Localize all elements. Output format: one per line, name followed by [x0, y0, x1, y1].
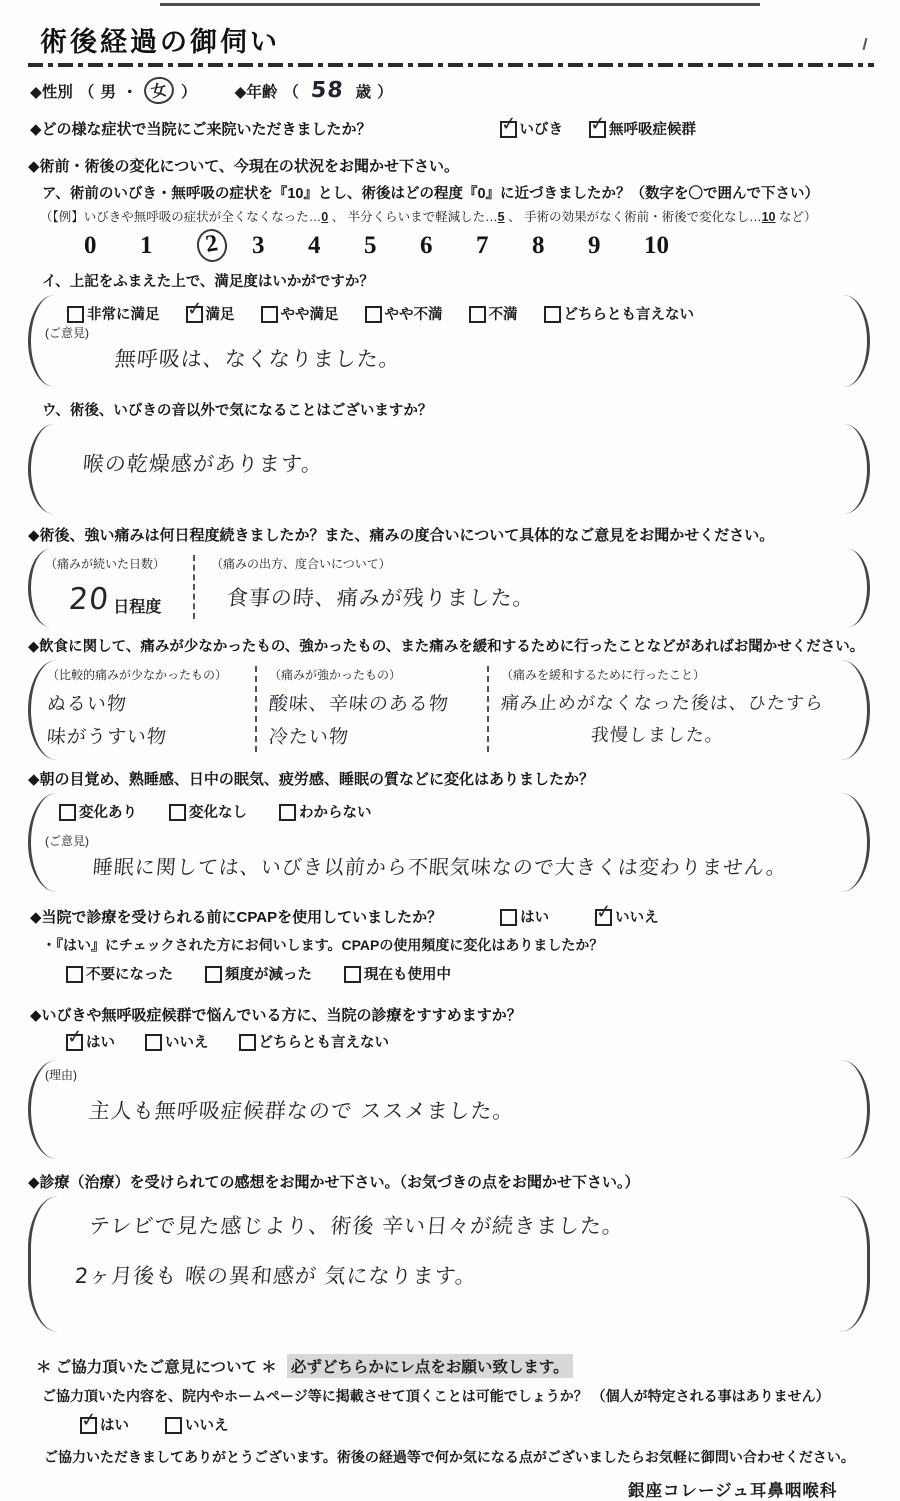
food-answer-handwritten: 酸味、辛味のある物: [268, 689, 478, 716]
questionnaire-page: 術後経過の御伺い ◆性別 （ 男 ・ 女 ） ◆年齢 （ 58 歳 ） ◆どの様…: [0, 0, 900, 1501]
checkbox-label: はい: [520, 906, 549, 927]
scale-9[interactable]: 9: [588, 232, 644, 260]
checkbox-label: はい: [100, 1414, 129, 1435]
checkbox-icon: [500, 121, 517, 138]
sleep-opinion-label: (ご意見): [45, 832, 847, 849]
checkbox-label: 不要になった: [86, 963, 173, 984]
example-text: 、 手術の効果がなく術前・術後で変化なし…: [505, 210, 762, 224]
food-col-less-pain: （比較的痛みが少なかったもの） ぬるい物 味がうすい物: [45, 666, 255, 752]
checkbox-icon: [469, 306, 486, 323]
food-col-label: （痛みが強かったもの）: [269, 666, 477, 683]
checkbox-label: 非常に満足: [87, 303, 160, 324]
checkbox-label: やや不満: [385, 303, 443, 324]
question-c: ウ、術後、いびきの音以外で気になることはございますか？: [42, 399, 874, 420]
sleep-heading: ◆朝の目覚め、熟睡感、日中の眠気、疲労感、睡眠の質などに変化はありましたか？: [28, 768, 874, 789]
checkbox-cpap-yes[interactable]: はい: [500, 906, 549, 927]
checkbox-somewhat-satisfied[interactable]: やや満足: [261, 303, 339, 324]
sex-label: ◆性別: [30, 80, 73, 102]
food-answer-handwritten: ぬるい物: [46, 689, 246, 716]
checkbox-icon: [59, 804, 76, 821]
scale-2-selected[interactable]: 2: [196, 229, 252, 262]
scale-5[interactable]: 5: [364, 232, 420, 260]
checkbox-label: 変化あり: [79, 801, 137, 822]
opinion-handwritten: 無呼吸は、なくなりました。: [114, 343, 403, 373]
symptom-row: ◆どの様な症状で当院にご来院いただきましたか？ いびき 無呼吸症候群: [30, 118, 874, 139]
reason-label: (理由): [45, 1066, 847, 1083]
symptom-question: ◆どの様な症状で当院にご来院いただきましたか？: [30, 118, 372, 139]
scale-6[interactable]: 6: [420, 232, 476, 260]
food-col-label: （比較的痛みが少なかったもの）: [47, 666, 245, 683]
selected-circle: 2: [195, 227, 230, 264]
pain-days-column: （痛みが続いた日数） 20 日程度: [45, 555, 193, 619]
checkbox-label: 不満: [489, 303, 518, 324]
age-paren-close: ）: [377, 80, 393, 102]
checkbox-label: どちらとも言えない: [259, 1031, 390, 1052]
checkbox-icon: [205, 966, 222, 983]
pain-box: （痛みが続いた日数） 20 日程度 （痛みの出方、度合いについて） 食事の時、痛…: [28, 549, 870, 627]
example-num-5: 5: [498, 210, 505, 224]
checkbox-apnea[interactable]: 無呼吸症候群: [589, 118, 696, 139]
cpap-question: ◆当院で診療を受けられる前にCPAPを使用していましたか？: [30, 906, 442, 927]
reason-handwritten: 主人も無呼吸症候群なので ススメました。: [88, 1095, 516, 1125]
age-value-handwritten: 58: [310, 78, 345, 103]
thanks-text: ご協力いただきましてありがとうございます。術後の経過等で何か気になる点がございま…: [44, 1447, 874, 1467]
checkbox-icon: [544, 306, 561, 323]
cpap-frequency-options: 不要になった 頻度が減った 現在も使用中: [66, 963, 874, 984]
age-paren-open: （: [283, 80, 299, 102]
sex-paren-close: ）: [181, 80, 197, 102]
age-label: ◆年齢: [235, 80, 278, 102]
dash-divider: [28, 63, 874, 67]
change-heading: ◆術前・術後の変化について、今現在の状況をお聞かせ下さい。: [28, 155, 874, 176]
sex-option-female-circled[interactable]: 女: [143, 75, 176, 106]
pain-desc-label: （痛みの出方、度合いについて）: [211, 555, 847, 572]
checkbox-recommend-neither[interactable]: どちらとも言えない: [239, 1031, 390, 1052]
checkbox-label: どちらとも言えない: [564, 303, 695, 324]
checkbox-cpap-no[interactable]: いいえ: [595, 906, 659, 927]
scale-7[interactable]: 7: [476, 232, 532, 260]
food-col-more-pain: （痛みが強かったもの） 酸味、辛味のある物 冷たい物: [255, 666, 487, 752]
checkbox-icon: [500, 909, 517, 926]
checkbox-icon: [595, 909, 612, 926]
question-b: イ、上記をふまえた上で、満足度はいかがですか？: [42, 270, 874, 291]
checkbox-icon: [66, 1034, 83, 1051]
checkbox-satisfied[interactable]: 満足: [186, 303, 235, 324]
checkbox-label: いびき: [520, 118, 564, 139]
age-unit: 歳: [356, 80, 372, 102]
clinic-name: 銀座コレージュ耳鼻咽喉科: [628, 1477, 874, 1501]
page-title: 術後経過の御伺い: [40, 20, 874, 59]
example-num-10: 10: [762, 210, 776, 224]
checkbox-dissatisfied[interactable]: 不満: [469, 303, 518, 324]
checkbox-icon: [365, 306, 382, 323]
sex-option-male[interactable]: 男: [100, 80, 116, 102]
checkbox-icon: [67, 306, 84, 323]
pain-days-value-handwritten: 20: [67, 582, 110, 617]
checkbox-icon: [165, 1417, 182, 1434]
scale-4[interactable]: 4: [308, 232, 364, 260]
consent-options: はい いいえ: [80, 1414, 874, 1435]
scale-10[interactable]: 10: [644, 232, 700, 260]
food-heading: ◆飲食に関して、痛みが少なかったもの、強かったもの、また痛みを緩和するために行っ…: [28, 635, 874, 656]
checkbox-icon: [80, 1417, 97, 1434]
scale-3[interactable]: 3: [252, 232, 308, 260]
pain-desc-column: （痛みの出方、度合いについて） 食事の時、痛みが残りました。: [193, 555, 847, 619]
question-c-answer-box: 喉の乾燥感があります。: [28, 424, 870, 514]
checkbox-icon: [186, 306, 203, 323]
checkbox-no-longer-needed[interactable]: 不要になった: [66, 963, 173, 984]
checkbox-label: 無呼吸症候群: [609, 118, 696, 139]
checkbox-icon: [145, 1034, 162, 1051]
scale-1[interactable]: 1: [140, 232, 196, 260]
checkbox-icon: [169, 804, 186, 821]
sex-paren-open: （: [79, 80, 95, 102]
sex-separator: ・: [122, 80, 138, 102]
scan-artifact-line: [160, 3, 760, 6]
consent-heading-star: ＊ ご協力頂いたご意見について ＊: [36, 1355, 277, 1377]
checkbox-neither[interactable]: どちらとも言えない: [544, 303, 695, 324]
checkbox-label: わからない: [299, 801, 372, 822]
food-answer-handwritten: 痛み止めがなくなった後は、ひたすら: [500, 689, 838, 715]
scale-0[interactable]: 0: [84, 232, 140, 260]
impression-heading: ◆診療（治療）を受けられての感想をお聞かせ下さい。（お気づきの点をお聞かせ下さい…: [28, 1171, 874, 1192]
checkbox-label: いいえ: [615, 906, 659, 927]
checkbox-label: はい: [86, 1031, 115, 1052]
checkbox-label: いいえ: [165, 1031, 209, 1052]
example-line: （【例】いびきや無呼吸の症状が全くなくなった…0 、 半分くらいまで軽減した…5…: [40, 207, 874, 225]
food-answer-handwritten: 我慢しました。: [590, 721, 838, 747]
checkbox-label: 満足: [206, 303, 235, 324]
checkbox-icon: [66, 966, 83, 983]
checkbox-no-change[interactable]: 変化なし: [169, 801, 247, 822]
checkbox-consent-yes[interactable]: はい: [80, 1414, 129, 1435]
rating-scale: 0 1 2 3 4 5 6 7 8 9 10: [84, 229, 874, 262]
example-text: 、 半分くらいまで軽減した…: [328, 210, 497, 224]
sleep-options: 変化あり 変化なし わからない: [59, 801, 847, 822]
satisfaction-options: 非常に満足 満足 やや満足 やや不満 不満 どちらとも言えない: [67, 303, 847, 324]
checkbox-icon: [239, 1034, 256, 1051]
consent-question: ご協力頂いた内容を、院内やホームページ等に掲載させて頂くことは可能でしょうか？ …: [42, 1386, 874, 1406]
satisfaction-box: 非常に満足 満足 やや満足 やや不満 不満 どちらとも言えない (ご意見) 無呼…: [28, 295, 870, 387]
checkbox-somewhat-dissatisfied[interactable]: やや不満: [365, 303, 443, 324]
checkbox-consent-no[interactable]: いいえ: [165, 1414, 229, 1435]
reason-box: (理由) 主人も無呼吸症候群なので ススメました。: [28, 1060, 870, 1159]
opinion-label: (ご意見): [45, 324, 847, 341]
checkbox-icon: [344, 966, 361, 983]
food-box: （比較的痛みが少なかったもの） ぬるい物 味がうすい物 （痛みが強かったもの） …: [28, 660, 870, 760]
scale-8[interactable]: 8: [532, 232, 588, 260]
checkbox-recommend-no[interactable]: いいえ: [145, 1031, 209, 1052]
impression-box: テレビで見た感じより、術後 辛い日々が続きました。 2ヶ月後も 喉の異和感が 気…: [28, 1196, 870, 1332]
recommend-options: はい いいえ どちらとも言えない: [66, 1031, 874, 1052]
pain-days-unit: 日程度: [113, 594, 161, 617]
checkbox-snoring[interactable]: いびき: [500, 118, 564, 139]
checkbox-very-satisfied[interactable]: 非常に満足: [67, 303, 160, 324]
consent-heading: ＊ ご協力頂いたご意見について ＊ 必ずどちらかにレ点をお願い致します。: [36, 1354, 874, 1378]
sleep-box: 変化あり 変化なし わからない (ご意見) 睡眠に関しては、いびき以前から不眠気…: [28, 793, 870, 892]
profile-row: ◆性別 （ 男 ・ 女 ） ◆年齢 （ 58 歳 ）: [30, 77, 874, 104]
recommend-question: ◆いびきや無呼吸症候群で悩んでいる方に、当院の診療をすすめますか？: [30, 1004, 874, 1025]
checkbox-icon: [279, 804, 296, 821]
checkbox-label: やや満足: [281, 303, 339, 324]
checkbox-frequency-reduced[interactable]: 頻度が減った: [205, 963, 312, 984]
impression-line-1-handwritten: テレビで見た感じより、術後 辛い日々が続きました。: [88, 1210, 626, 1240]
sleep-opinion-handwritten: 睡眠に関しては、いびき以前から不眠気味なので大きくは変わりません。: [92, 851, 789, 880]
question-c-answer-handwritten: 喉の乾燥感があります。: [82, 448, 325, 478]
pain-heading: ◆術後、強い痛みは何日程度続きましたか？また、痛みの度合いについて具体的なご意見…: [28, 524, 874, 545]
cpap-subquestion: ・『はい』にチェックされた方にお伺いします。CPAPの使用頻度に変化はありました…: [42, 935, 874, 955]
example-text: （【例】いびきや無呼吸の症状が全くなくなった…: [40, 210, 321, 224]
checkbox-changed[interactable]: 変化あり: [59, 801, 137, 822]
cpap-question-row: ◆当院で診療を受けられる前にCPAPを使用していましたか？ はい いいえ: [30, 906, 874, 927]
checkbox-icon: [589, 121, 606, 138]
impression-line-2-handwritten: 2ヶ月後も 喉の異和感が 気になります。: [74, 1260, 479, 1290]
example-text: など）: [775, 210, 816, 224]
checkbox-unknown[interactable]: わからない: [279, 801, 372, 822]
checkbox-still-using[interactable]: 現在も使用中: [344, 963, 451, 984]
checkbox-label: 頻度が減った: [225, 963, 312, 984]
checkbox-recommend-yes[interactable]: はい: [66, 1031, 115, 1052]
pain-desc-handwritten: 食事の時、痛みが残りました。: [226, 582, 849, 612]
food-answer-handwritten: 味がうすい物: [46, 722, 246, 749]
checkbox-label: 変化なし: [189, 801, 247, 822]
pain-days-label: （痛みが続いた日数）: [45, 555, 193, 572]
checkbox-icon: [261, 306, 278, 323]
food-col-label: （痛みを緩和するために行ったこと）: [501, 666, 837, 683]
consent-heading-highlight: 必ずどちらかにレ点をお願い致します。: [287, 1354, 573, 1378]
checkbox-label: いいえ: [185, 1414, 229, 1435]
checkbox-label: 現在も使用中: [364, 963, 451, 984]
question-a: ア、術前のいびき・無呼吸の症状を『10』とし、術後はどの程度『0』に近づきました…: [42, 182, 874, 203]
food-answer-handwritten: 冷たい物: [268, 722, 478, 749]
food-col-pain-relief: （痛みを緩和するために行ったこと） 痛み止めがなくなった後は、ひたすら 我慢しま…: [487, 666, 847, 752]
